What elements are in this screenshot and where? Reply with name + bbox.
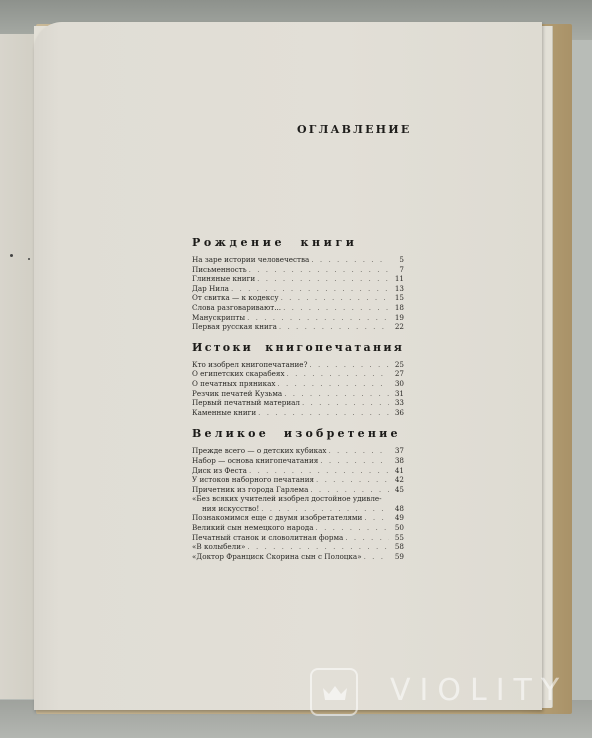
toc-entry: Познакомимся еще с двумя изобретателями4… [192,513,404,523]
toc-entry: Печатный станок и словолитная форма55 [192,533,404,543]
toc-entry: «Доктор Франциск Скорина сын с Полоцка»5… [192,552,404,562]
toc-entry: Дар Нила13 [192,284,404,294]
left-page-edge [0,34,35,699]
watermark-text: VIOLITY [390,673,568,708]
toc-entry: Кто изобрел книгопечатание?25 [192,360,404,370]
toc-entry: Диск из Феста41 [192,466,404,476]
toc-entry: «В колыбели»58 [192,542,404,552]
ink-speck [28,258,30,260]
section-heading: Великое изобретение [192,427,404,440]
crown-icon [310,668,358,716]
toc-entry: «Без всяких учителей изобрел достойное у… [192,494,404,513]
toc-entry: О печатных пряниках30 [192,379,404,389]
toc-entry: Первый печатный материал33 [192,398,404,408]
toc-entry: Каменные книги36 [192,408,404,418]
toc-entry: У истоков наборного печатания42 [192,475,404,485]
toc-entry: На заре истории человечества5 [192,255,404,265]
toc-entry: Слова разговаривают...18 [192,303,404,313]
toc-entry: Великий сын немецкого народа50 [192,523,404,533]
toc-entry: О египетских скарабеях27 [192,369,404,379]
toc-entry: От свитка — к кодексу15 [192,293,404,303]
toc-entry: Письменность7 [192,265,404,275]
table-of-contents: Рождение книги На заре истории человечес… [192,236,404,561]
toc-entry-line1: «Без всяких учителей изобрел достойное у… [192,494,404,504]
ink-speck [10,254,13,257]
toc-entry: Глиняные книги11 [192,274,404,284]
toc-entry: Манускрипты19 [192,313,404,323]
toc-entry: Первая русская книга22 [192,322,404,332]
toc-entry: Причетник из города Гарлема45 [192,485,404,495]
watermark: VIOLITY [310,666,580,718]
toc-entry: Резчик печатей Кузьма31 [192,389,404,399]
toc-entry: Набор — основа книгопечатания38 [192,456,404,466]
section-heading: Истоки книгопечатания [192,341,404,354]
page-title: ОГЛАВЛЕНИЕ [297,123,411,136]
toc-entry: Прежде всего — о детских кубиках37 [192,446,404,456]
section-heading: Рождение книги [192,236,404,249]
